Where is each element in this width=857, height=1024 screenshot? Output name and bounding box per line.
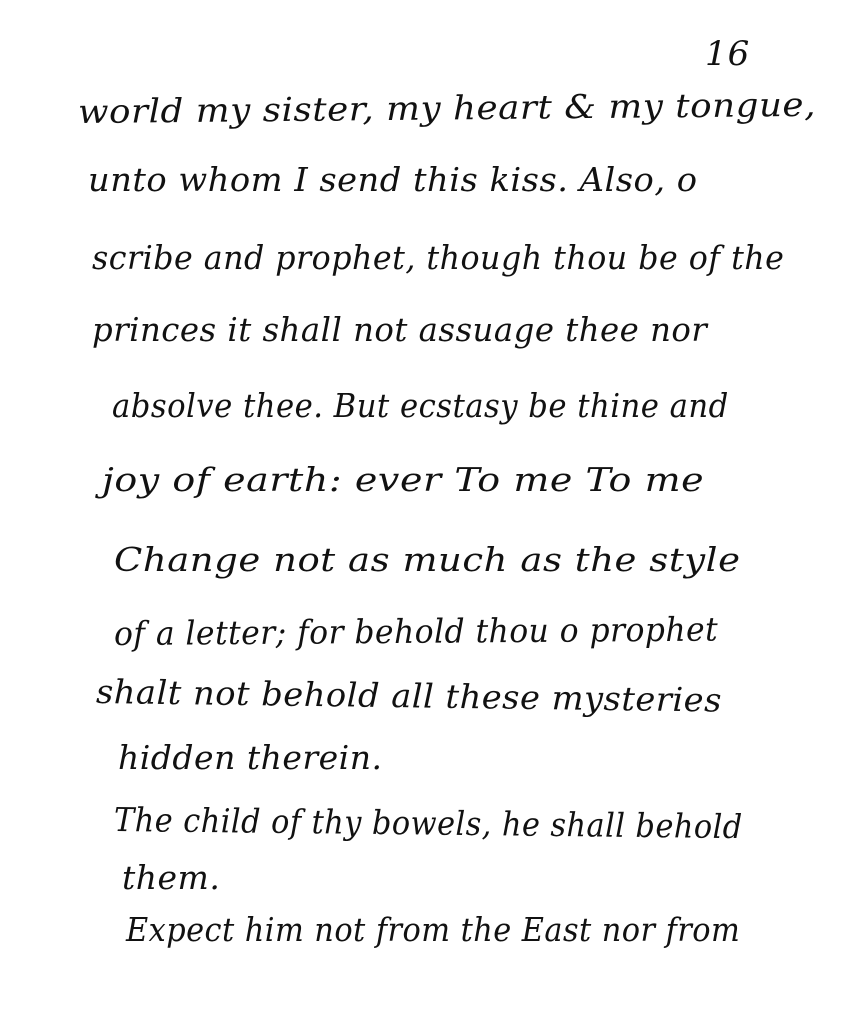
manuscript-line: them.: [122, 858, 220, 897]
manuscript-line: princes it shall not assuage thee nor: [92, 310, 707, 349]
manuscript-line: of a letter; for behold thou o prophet: [114, 610, 718, 653]
manuscript-line: absolve thee. But ecstasy be thine and: [112, 386, 729, 425]
manuscript-line: unto whom I send this kiss. Also, o: [88, 160, 698, 199]
manuscript-line: scribe and prophet, though thou be of th…: [92, 238, 784, 277]
manuscript-line: world my sister, my heart & my tongue,: [78, 85, 816, 131]
manuscript-page: 16 world my sister, my heart & my tongue…: [0, 0, 857, 1024]
manuscript-line: joy of earth: ever To me To me: [102, 460, 704, 499]
manuscript-line: hidden therein.: [118, 738, 382, 777]
manuscript-line: The child of thy bowels, he shall behold: [114, 800, 743, 846]
manuscript-line: Change not as much as the style: [114, 540, 741, 579]
manuscript-line: Expect him not from the East nor from: [126, 910, 740, 949]
page-number: 16: [705, 34, 750, 74]
manuscript-line: shalt not behold all these mysteries: [96, 672, 722, 720]
